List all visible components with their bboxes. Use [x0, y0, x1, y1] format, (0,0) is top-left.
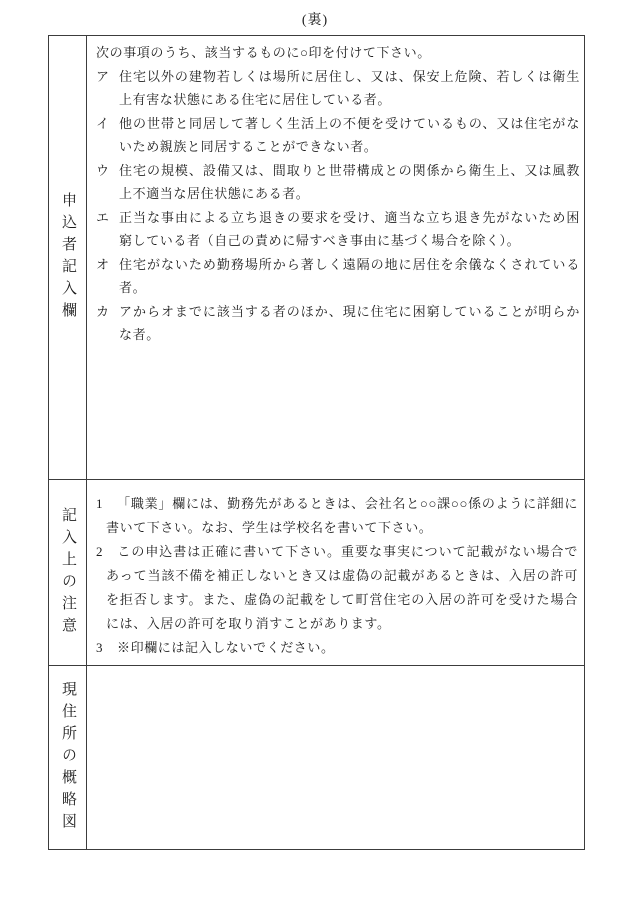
- condition-item-text: 住宅の規模、設備又は、間取りと世帯構成との関係から衛生上、又は風教上不適当な居住…: [119, 159, 580, 206]
- sketch-map-area: [87, 666, 584, 849]
- condition-item-label: オ: [96, 253, 119, 300]
- condition-item: イ 他の世帯と同居して著しく生活上の不便を受けているもの、又は住宅がないため親族…: [96, 112, 580, 159]
- note-item: 1「職業」欄には、勤務先があるときは、会社名と○○課○○係のように詳細に書いて下…: [96, 492, 578, 540]
- row-label-applicant-entry-text: 申込者記入欄: [60, 192, 75, 324]
- row-label-sketch-map-text: 現住所の概略図: [60, 681, 75, 835]
- condition-item-text: アからオまでに該当する者のほか、現に住宅に困窮していることが明らかな者。: [119, 300, 580, 347]
- condition-item-text: 住宅がないため勤務場所から著しく遠隔の地に居住を余儀なくされている者。: [119, 253, 580, 300]
- section-intro: 次の事項のうち、該当するものに○印を付けて下さい。: [96, 41, 580, 65]
- condition-item: ア 住宅以外の建物若しくは場所に居住し、又は、保安上危険、若しくは衛生上有害な状…: [96, 65, 580, 112]
- condition-item-label: ア: [96, 65, 119, 112]
- row-label-notes: 記入上の注意: [49, 480, 87, 666]
- note-item-text: 「職業」欄には、勤務先があるときは、会社名と○○課○○係のように詳細に書いて下さ…: [106, 496, 578, 535]
- note-item-number: 2: [96, 540, 117, 564]
- condition-item-text: 他の世帯と同居して著しく生活上の不便を受けているもの、又は住宅がないため親族と同…: [119, 112, 580, 159]
- note-item-text: ※印欄には記入しないでください。: [117, 640, 335, 655]
- applicant-entry-content: 次の事項のうち、該当するものに○印を付けて下さい。 ア 住宅以外の建物若しくは場…: [87, 36, 584, 480]
- condition-item-label: イ: [96, 112, 119, 159]
- condition-item-text: 正当な事由による立ち退きの要求を受け、適当な立ち退き先がないため困窮している者（…: [119, 206, 580, 253]
- page-side-label: (裏): [0, 9, 630, 29]
- condition-item: ウ 住宅の規模、設備又は、間取りと世帯構成との関係から衛生上、又は風教上不適当な…: [96, 159, 580, 206]
- note-item: 2この申込書は正確に書いて下さい。重要な事実について記載がない場合であって当該不…: [96, 540, 578, 636]
- note-item-number: 1: [96, 492, 117, 516]
- row-label-applicant-entry: 申込者記入欄: [49, 36, 87, 480]
- condition-item-label: カ: [96, 300, 119, 347]
- form-table: 申込者記入欄 次の事項のうち、該当するものに○印を付けて下さい。 ア 住宅以外の…: [48, 35, 585, 850]
- note-item-number: 3: [96, 636, 117, 660]
- condition-item: エ 正当な事由による立ち退きの要求を受け、適当な立ち退き先がないため困窮している…: [96, 206, 580, 253]
- condition-item-label: ウ: [96, 159, 119, 206]
- note-item-text: この申込書は正確に書いて下さい。重要な事実について記載がない場合であって当該不備…: [106, 544, 578, 631]
- row-label-notes-text: 記入上の注意: [60, 507, 75, 639]
- note-item: 3※印欄には記入しないでください。: [96, 636, 578, 660]
- row-label-sketch-map: 現住所の概略図: [49, 666, 87, 849]
- condition-item-text: 住宅以外の建物若しくは場所に居住し、又は、保安上危険、若しくは衛生上有害な状態に…: [119, 65, 580, 112]
- notes-content: 1「職業」欄には、勤務先があるときは、会社名と○○課○○係のように詳細に書いて下…: [87, 480, 584, 666]
- condition-item: オ 住宅がないため勤務場所から著しく遠隔の地に居住を余儀なくされている者。: [96, 253, 580, 300]
- condition-item: カ アからオまでに該当する者のほか、現に住宅に困窮していることが明らかな者。: [96, 300, 580, 347]
- condition-item-label: エ: [96, 206, 119, 253]
